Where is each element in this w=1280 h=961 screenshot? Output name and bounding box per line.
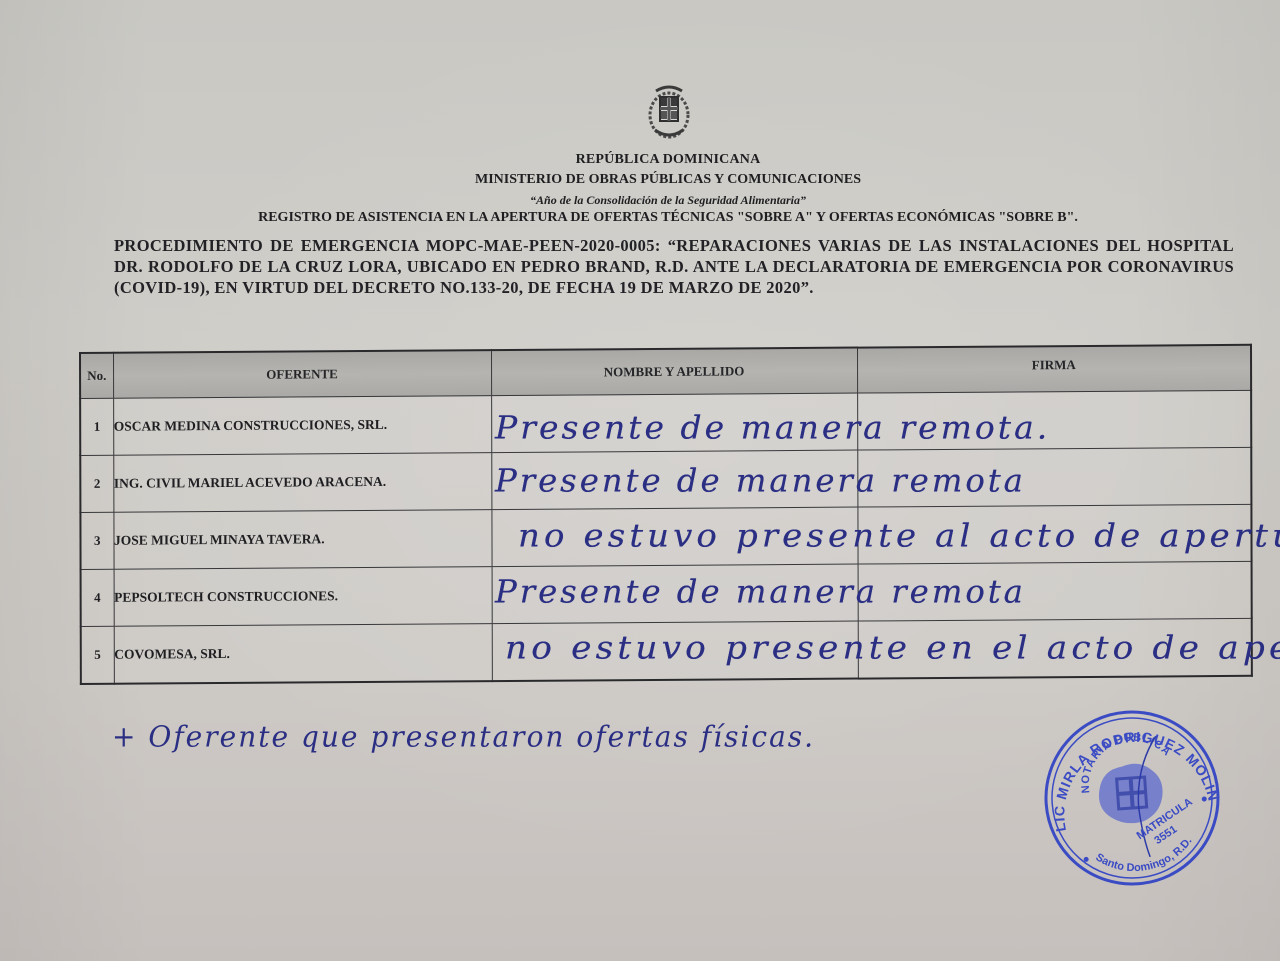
ministry-heading: MINISTERIO DE OBRAS PÚBLICAS Y COMUNICAC… xyxy=(28,172,1280,188)
row-oferente: ING. CIVIL MARIEL ACEVEDO ARACENA. xyxy=(113,453,491,513)
row-number: 4 xyxy=(81,569,114,626)
row-number: 1 xyxy=(80,398,113,455)
register-title: REGISTRO DE ASISTENCIA EN LA APERTURA DE… xyxy=(28,210,1280,226)
svg-text:Santo Domingo, R.D.: Santo Domingo, R.D. xyxy=(1092,835,1196,877)
header-nombre-apellido: NOMBRE Y APELLIDO xyxy=(491,348,857,396)
handwritten-note-row-3: no estuvo presente al acto de apertura. xyxy=(518,517,1280,554)
row-oferente: JOSE MIGUEL MINAYA TAVERA. xyxy=(113,510,491,570)
header-no: No. xyxy=(80,353,113,399)
notary-stamp-icon: LIC MIRLA RODRIGUEZ MOLINA NOTARIA PUBLI… xyxy=(1036,702,1228,894)
header-firma: FIRMA xyxy=(857,345,1251,393)
handwritten-note-row-1: Presente de manera remota. xyxy=(495,409,1050,446)
row-number: 3 xyxy=(80,512,113,569)
table-header-row: No. OFERENTE NOMBRE Y APELLIDO FIRMA xyxy=(80,345,1251,399)
row-number: 2 xyxy=(80,455,113,512)
handwritten-footnote: + Oferente que presentaron ofertas físic… xyxy=(112,719,815,754)
coat-of-arms-icon xyxy=(646,82,692,142)
country-heading: REPÚBLICA DOMINICANA xyxy=(28,152,1280,168)
row-oferente: OSCAR MEDINA CONSTRUCCIONES, SRL. xyxy=(113,396,491,456)
procedure-description: PROCEDIMIENTO DE EMERGENCIA MOPC-MAE-PEE… xyxy=(114,235,1234,298)
header-oferente: OFERENTE xyxy=(113,350,491,398)
row-number: 5 xyxy=(81,626,114,684)
stamp-location: Santo Domingo, R.D. xyxy=(1092,835,1196,877)
row-oferente: COVOMESA, SRL. xyxy=(114,624,492,684)
year-motto: “Año de la Consolidación de la Seguridad… xyxy=(28,193,1280,208)
handwritten-note-row-2: Presente de manera remota xyxy=(495,462,1026,499)
handwritten-note-row-4: Presente de manera remota xyxy=(495,573,1026,610)
handwritten-note-row-5: no estuvo presente en el acto de apertur… xyxy=(505,629,1280,666)
row-oferente: PEPSOLTECH CONSTRUCCIONES. xyxy=(114,567,492,627)
